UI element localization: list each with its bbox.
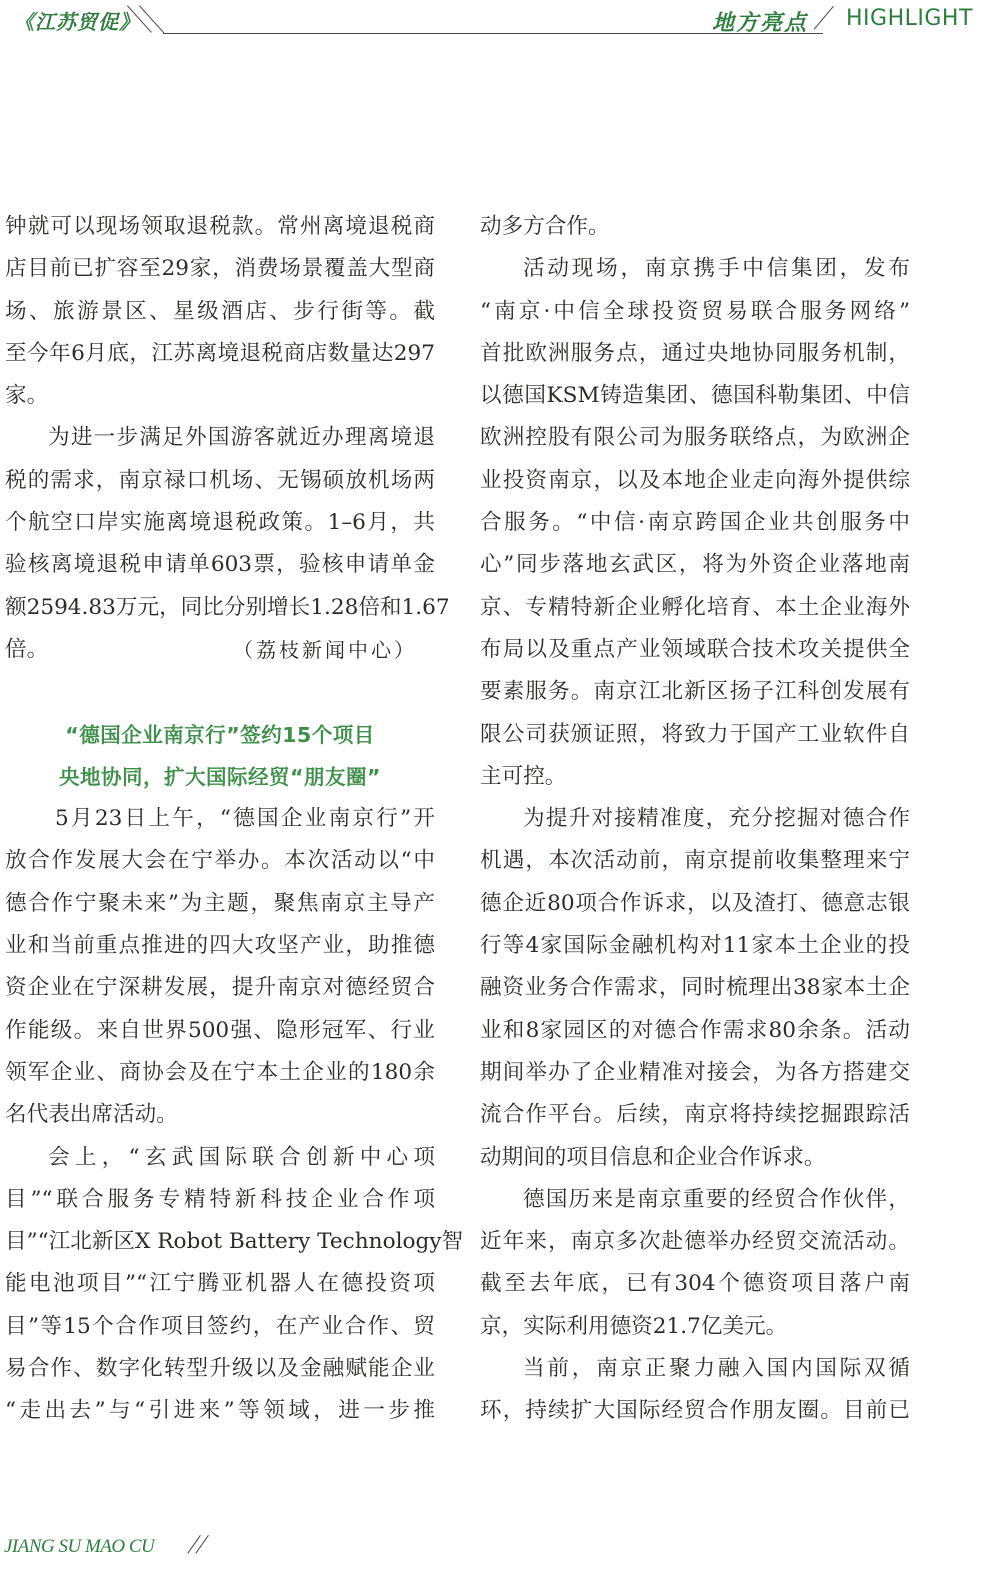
text-line: “走出去”与“引进来”等领域，进一步推 <box>5 1390 435 1432</box>
paragraph: 5月23日上午，“德国企业南京行”开 放合作发展大会在宁举办。本次活动以“中 德… <box>5 798 435 1136</box>
paragraph: 会上，“玄武国际联合创新中心项 目”“联合服务专精特新科技企业合作项 目”“江北… <box>5 1137 435 1433</box>
text-line: 欧洲控股有限公司为服务联络点，为欧洲企 <box>480 417 910 459</box>
paragraph: 为进一步满足外国游客就近办理离境退 税的需求，南京禄口机场、无锡硕放机场两 个航… <box>5 417 435 671</box>
text-line: 家。 <box>5 375 435 417</box>
text-line: 德国历来是南京重要的经贸合作伙伴， <box>480 1179 910 1221</box>
text-line: 为进一步满足外国游客就近办理离境退 <box>5 417 435 459</box>
paragraph: 当前，南京正聚力融入国内国际双循 环，持续扩大国际经贸合作朋友圈。目前已 <box>480 1348 910 1433</box>
text-line: 资企业在宁深耕发展，提升南京对德经贸合 <box>5 967 435 1009</box>
text-line: 目”等15个合作项目签约，在产业合作、贸 <box>5 1306 435 1348</box>
text-line: 限公司获颁证照，将致力于国产工业软件自 <box>480 714 910 756</box>
text-line: 为提升对接精准度，充分挖掘对德合作 <box>480 798 910 840</box>
left-column: 钟就可以现场领取退税款。常州离境退税商 店目前已扩容至29家，消费场景覆盖大型商… <box>5 206 435 1433</box>
paragraph: 动多方合作。 <box>480 206 910 248</box>
text-line: 易合作、数字化转型升级以及金融赋能企业 <box>5 1348 435 1390</box>
text-line: 融资业务合作需求，同时梳理出38家本土企 <box>480 967 910 1009</box>
paragraph: 钟就可以现场领取退税款。常州离境退税商 店目前已扩容至29家，消费场景覆盖大型商… <box>5 206 435 417</box>
text-line: 业投资南京，以及本地企业走向海外提供综 <box>480 460 910 502</box>
text-line: 倍。 <box>5 629 48 671</box>
paragraph: 德国历来是南京重要的经贸合作伙伴， 近年来，南京多次赴德举办经贸交流活动。 截至… <box>480 1179 910 1348</box>
byline-row: 倍。 （荔枝新闻中心） <box>5 629 435 671</box>
text-line: 目”“江北新区X Robot Battery Technology智 <box>5 1221 435 1263</box>
section-name: 地方亮点 <box>712 6 808 37</box>
text-line: 以德国KSM铸造集团、德国科勒集团、中信 <box>480 375 910 417</box>
text-line: 要素服务。南京江北新区扬子江科创发展有 <box>480 671 910 713</box>
section-name-english: HIGHLIGHT <box>846 6 973 31</box>
text-line: 名代表出席活动。 <box>5 1094 435 1136</box>
text-line: 税的需求，南京禄口机场、无锡硕放机场两 <box>5 460 435 502</box>
text-line: 机遇，本次活动前，南京提前收集整理来宁 <box>480 840 910 882</box>
text-line: 首批欧洲服务点，通过央地协同服务机制， <box>480 333 910 375</box>
text-line: 行等4家国际金融机构对11家本土企业的投 <box>480 925 910 967</box>
text-line: 期间举办了企业精准对接会，为各方搭建交 <box>480 1052 910 1094</box>
headline-line: 央地协同，扩大国际经贸“朋友圈” <box>5 756 435 798</box>
magazine-name: 《江苏贸促》 <box>14 6 140 35</box>
text-line: 近年来，南京多次赴德举办经贸交流活动。 <box>480 1221 910 1263</box>
text-line: 领军企业、商协会及在宁本土企业的180余 <box>5 1052 435 1094</box>
text-line: 当前，南京正聚力融入国内国际双循 <box>480 1348 910 1390</box>
text-line: 动多方合作。 <box>480 206 910 248</box>
text-line: 店目前已扩容至29家，消费场景覆盖大型商 <box>5 248 435 290</box>
text-line: 德合作宁聚未来”为主题，聚焦南京主导产 <box>5 883 435 925</box>
text-line: 会上，“玄武国际联合创新中心项 <box>5 1137 435 1179</box>
text-line: 5月23日上午，“德国企业南京行”开 <box>5 798 435 840</box>
text-line: 至今年6月底，江苏离境退税商店数量达297 <box>5 333 435 375</box>
text-line: 布局以及重点产业领域联合技术攻关提供全 <box>480 629 910 671</box>
headline-line: “德国企业南京行”签约15个项目 <box>5 714 435 756</box>
text-line: “南京·中信全球投资贸易联合服务网络” <box>480 291 910 333</box>
text-line: 个航空口岸实施离境退税政策。1–6月，共 <box>5 502 435 544</box>
article-headline: “德国企业南京行”签约15个项目 央地协同，扩大国际经贸“朋友圈” <box>5 714 435 799</box>
text-line: 流合作平台。后续，南京将持续挖掘跟踪活 <box>480 1094 910 1136</box>
text-line: 环，持续扩大国际经贸合作朋友圈。目前已 <box>480 1390 910 1432</box>
byline: （荔枝新闻中心） <box>233 629 435 671</box>
text-line: 额2594.83万元，同比分别增长1.28倍和1.67 <box>5 587 435 629</box>
text-line: 京、专精特新企业孵化培育、本土企业海外 <box>480 587 910 629</box>
right-column: 动多方合作。 活动现场，南京携手中信集团，发布 “南京·中信全球投资贸易联合服务… <box>480 206 910 1433</box>
text-line: 目”“联合服务专精特新科技企业合作项 <box>5 1179 435 1221</box>
text-line: 动期间的项目信息和企业合作诉求。 <box>480 1137 910 1179</box>
text-line: 德企近80项合作诉求，以及渣打、德意志银 <box>480 883 910 925</box>
text-line: 钟就可以现场领取退税款。常州离境退税商 <box>5 206 435 248</box>
page-header: 《江苏贸促》 地方亮点 HIGHLIGHT <box>0 0 1000 60</box>
text-line: 截至去年底，已有304个德资项目落户南 <box>480 1263 910 1305</box>
text-line: 京，实际利用德资21.7亿美元。 <box>480 1306 910 1348</box>
text-line: 业和8家园区的对德合作需求80余条。活动 <box>480 1010 910 1052</box>
footer-slash-decoration <box>187 1535 200 1554</box>
spacer <box>5 671 435 713</box>
header-slash-decoration <box>139 5 165 33</box>
text-line: 能电池项目”“江宁腾亚机器人在德投资项 <box>5 1263 435 1305</box>
text-line: 放合作发展大会在宁举办。本次活动以“中 <box>5 840 435 882</box>
text-line: 作能级。来自世界500强、隐形冠军、行业 <box>5 1010 435 1052</box>
header-slash-decoration <box>814 6 834 30</box>
text-line: 活动现场，南京携手中信集团，发布 <box>480 248 910 290</box>
text-line: 合服务。“中信·南京跨国企业共创服务中 <box>480 502 910 544</box>
page-footer: JIANG SU MAO CU <box>0 1520 1000 1595</box>
text-line: 业和当前重点推进的四大攻坚产业，助推德 <box>5 925 435 967</box>
text-line: 验核离境退税申请单603票，验核申请单金 <box>5 544 435 586</box>
text-line: 心”同步落地玄武区，将为外资企业落地南 <box>480 544 910 586</box>
paragraph: 为提升对接精准度，充分挖掘对德合作 机遇，本次活动前，南京提前收集整理来宁 德企… <box>480 798 910 1179</box>
paragraph: 活动现场，南京携手中信集团，发布 “南京·中信全球投资贸易联合服务网络” 首批欧… <box>480 248 910 798</box>
magazine-name-english: JIANG SU MAO CU <box>4 1536 154 1558</box>
text-line: 主可控。 <box>480 756 910 798</box>
text-line: 场、旅游景区、星级酒店、步行街等。截 <box>5 291 435 333</box>
